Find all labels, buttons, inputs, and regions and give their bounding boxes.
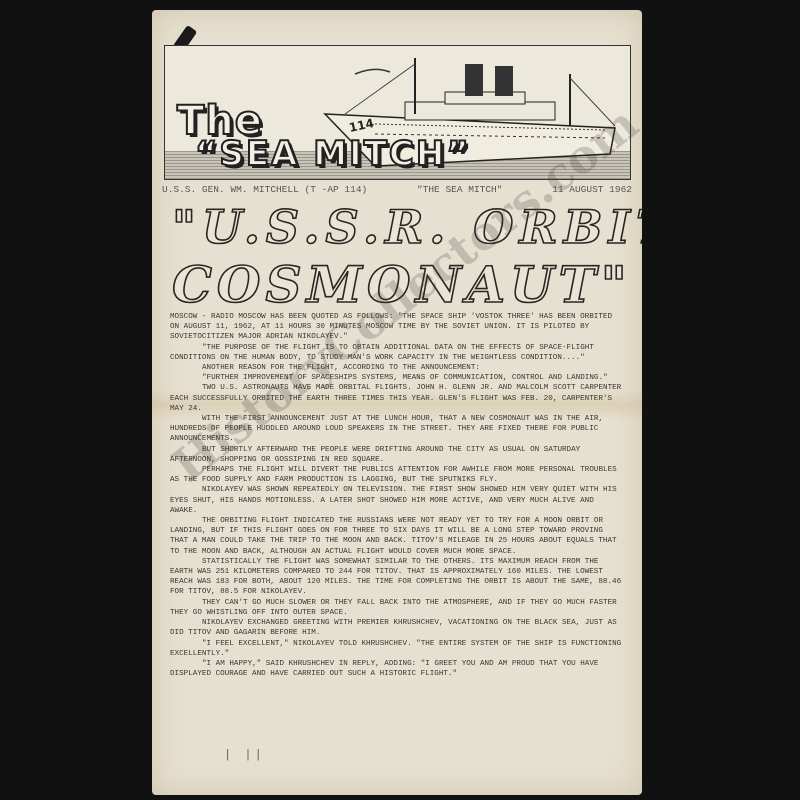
article-paragraph: NIKOLAYEV WAS SHOWN REPEATEDLY ON TELEVI… [170, 485, 625, 516]
article-paragraph: MOSCOW - RADIO MOSCOW HAS BEEN QUOTED AS… [170, 312, 625, 343]
subheader: U.S.S. GEN. WM. MITCHELL (T -AP 114) "TH… [162, 184, 632, 195]
article-paragraph: BUT SHORTLY AFTERWARD THE PEOPLE WERE DR… [170, 445, 625, 465]
article-paragraph: WITH THE FIRST ANNOUNCEMENT JUST AT THE … [170, 414, 625, 445]
masthead: 114 The “SEA MITCH” [164, 45, 631, 180]
article-paragraph: TWO U.S. ASTRONAUTS HAVE MADE ORBITAL FL… [170, 383, 625, 414]
article-paragraph: "FURTHER IMPROVEMENT OF SPACESHIPS SYSTE… [170, 373, 625, 383]
article-body: MOSCOW - RADIO MOSCOW HAS BEEN QUOTED AS… [170, 312, 625, 679]
newspaper-page: 114 The “SEA MITCH” U.S.S. GEN. WM. MITC… [152, 10, 642, 795]
article-paragraph: NIKOLAYEV EXCHANGED GREETING WITH PREMIE… [170, 618, 625, 638]
ship-name: U.S.S. GEN. WM. MITCHELL (T -AP 114) [162, 184, 367, 195]
headline-line-1: "U.S.S.R. ORBITS [172, 200, 632, 254]
headline-line-2: COSMONAUT" [172, 255, 632, 314]
paper-name: "THE SEA MITCH" [417, 184, 503, 195]
article-paragraph: THE ORBITING FLIGHT INDICATED THE RUSSIA… [170, 516, 625, 557]
article-paragraph: "I AM HAPPY," SAID KHRUSHCHEV IN REPLY, … [170, 659, 625, 679]
issue-date: 11 AUGUST 1962 [552, 184, 632, 195]
article-paragraph: STATISTICALLY THE FLIGHT WAS SOMEWHAT SI… [170, 557, 625, 598]
pencil-marks: | || [224, 748, 265, 762]
article-paragraph: "I FEEL EXCELLENT," NIKOLAYEV TOLD KHRUS… [170, 639, 625, 659]
article-paragraph: ANOTHER REASON FOR THE FLIGHT, ACCORDING… [170, 363, 625, 373]
article-paragraph: PERHAPS THE FLIGHT WILL DIVERT THE PUBLI… [170, 465, 625, 485]
masthead-title: “SEA MITCH” [195, 134, 471, 174]
article-paragraph: THEY CAN'T GO MUCH SLOWER OR THEY FALL B… [170, 598, 625, 618]
article-paragraph: "THE PURPOSE OF THE FLIGHT IS TO OBTAIN … [170, 343, 625, 363]
